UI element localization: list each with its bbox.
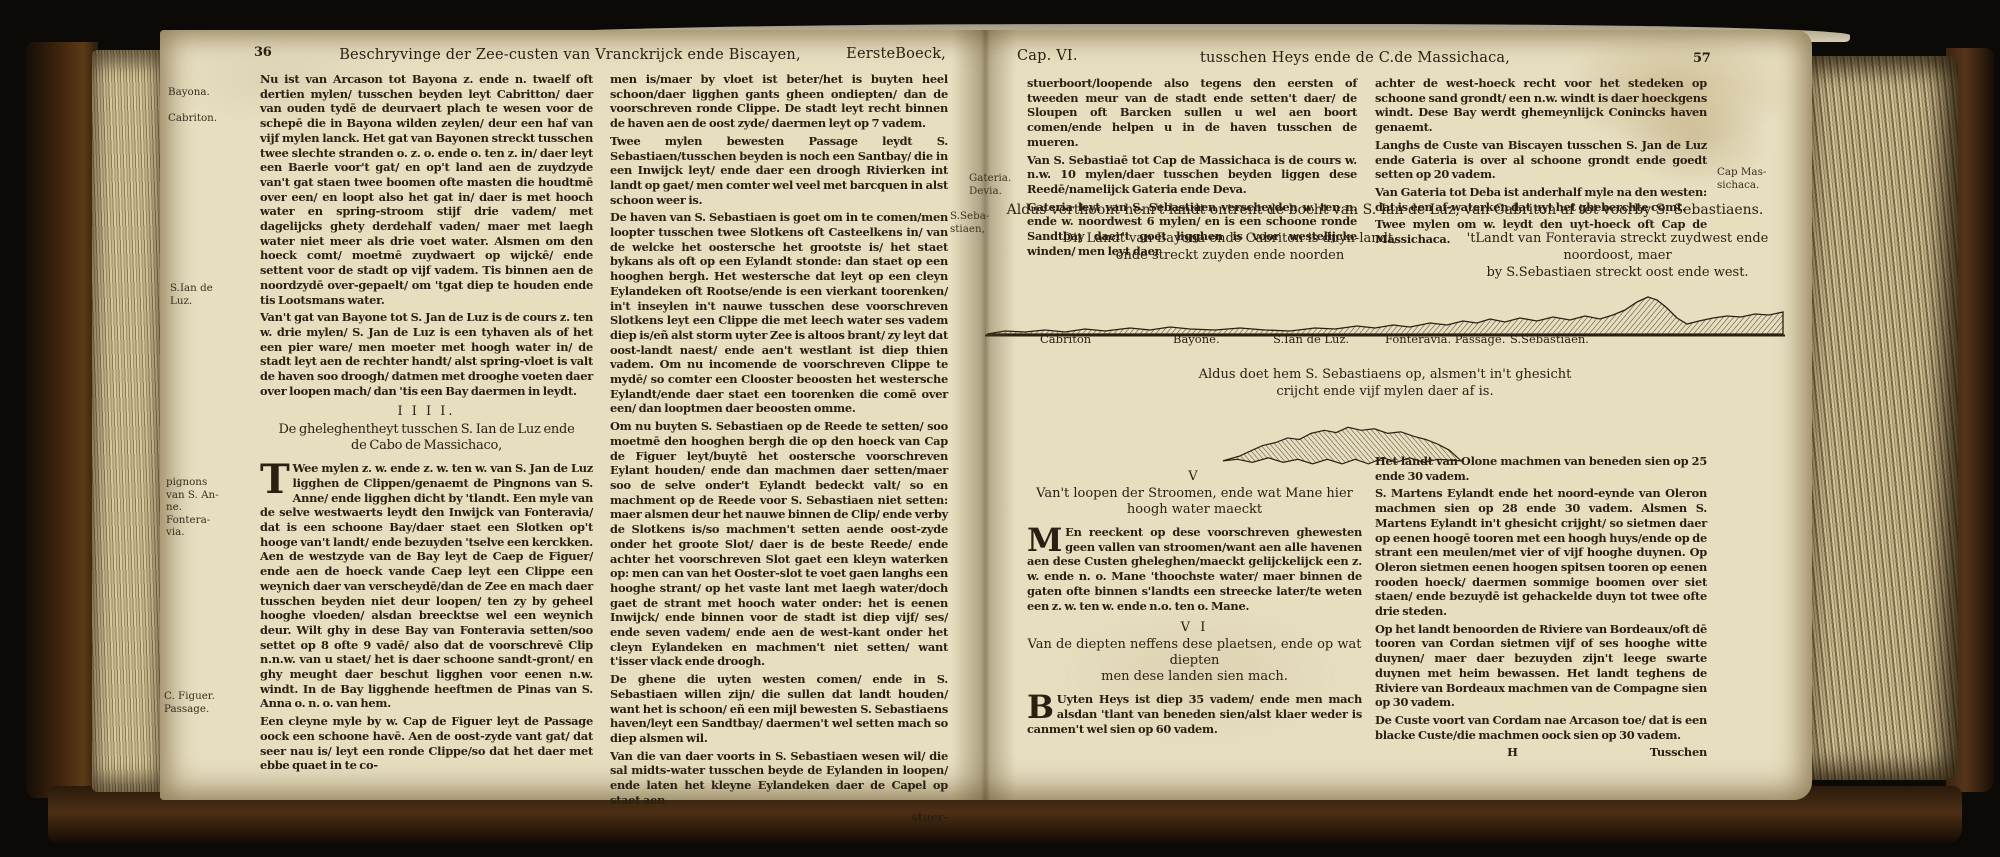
- left-page: 36 Beschryvinge der Zee-custen van Vranc…: [160, 30, 960, 800]
- running-header-right: tusschen Heys ende de C.de Massichaca,: [1075, 50, 1635, 66]
- section-number-v: V: [1027, 469, 1362, 484]
- book-cover-left: [26, 42, 98, 798]
- paragraph: Van die van daer voorts in S. Sebastiaen…: [610, 749, 948, 808]
- coastal-view-caption: Aldus verthoont hem't landt ontrent de b…: [985, 202, 1785, 218]
- paragraph: men is/maer by vloet ist beter/het is bu…: [610, 72, 948, 131]
- section-title-v: Van't loopen der Stroomen, ende wat Mane…: [1027, 486, 1362, 518]
- paragraph: Langhs de Custe van Biscayen tusschen S.…: [1375, 138, 1707, 182]
- right-page: Cap. VI. tusschen Heys ende de C.de Mass…: [965, 30, 1813, 800]
- profile-label-s-ian-de-luz: S.Ian de Luz.: [1273, 332, 1349, 346]
- island-view-caption: Aldus doet hem S. Sebastiaens op, alsmen…: [1125, 366, 1645, 400]
- subcaption-bayona: Dit Landt van Bayona ende Cabriton is du…: [1045, 230, 1415, 264]
- paragraph: Op het landt benoorden de Riviere van Bo…: [1375, 622, 1707, 710]
- chapter-number: Cap. VI.: [1017, 48, 1078, 64]
- paragraph: Van't gat van Bayone tot S. Jan de Luz i…: [260, 310, 593, 398]
- catchword-left-page: stuer-: [610, 810, 948, 825]
- page-edges-left: [92, 50, 162, 792]
- paragraph: Om nu buyten S. Sebastiaen op de Reede t…: [610, 419, 948, 669]
- page-number-right: 57: [1693, 52, 1711, 67]
- book-gutter-shadow: [952, 30, 1016, 800]
- paragraph: MEn reeckent op dese voorschreven ghewes…: [1027, 525, 1362, 613]
- dropcap-b: B: [1027, 692, 1057, 721]
- signature-mark: H: [1507, 745, 1518, 760]
- catchword-right-page: Tusschen: [1650, 745, 1707, 760]
- paragraph: achter de west-hoeck recht voor het sted…: [1375, 76, 1707, 135]
- paragraph: S. Martens Eylandt ende het noord-eynde …: [1375, 486, 1707, 618]
- section-number-vi: V I: [1027, 620, 1362, 635]
- paragraph: Nu ist van Arcason tot Bayona z. ende n.…: [260, 72, 593, 307]
- paragraph: Het landt van Olone machmen van beneden …: [1375, 454, 1707, 483]
- left-page-column-1: Nu ist van Arcason tot Bayona z. ende n.…: [260, 72, 593, 776]
- paragraph: De haven van S. Sebastiaen is goet om in…: [610, 210, 948, 416]
- coastal-profile-strip: Cabriton Bayone. S.Ian de Luz. Fonteravi…: [985, 288, 1785, 346]
- margin-note-cabriton: Cabriton.: [168, 112, 217, 125]
- section-number-iiii: I I I I.: [260, 405, 593, 420]
- coastline-silhouette: [987, 297, 1783, 334]
- section-title-iiii: De gheleghentheyt tusschen S. Ian de Luz…: [260, 422, 593, 454]
- margin-note-pignons: pignons van S. An- ne. Fontera- via.: [166, 476, 219, 539]
- running-header-left: Beschryvinge der Zee-custen van Vranckri…: [290, 47, 850, 63]
- paragraph: stuerboort/loopende also tegens den eers…: [1027, 76, 1357, 150]
- paragraph: Twee mylen bewesten Passage leydt S. Seb…: [610, 134, 948, 208]
- profile-label-cabriton: Cabriton: [1040, 332, 1091, 346]
- margin-note-c-figuer: C. Figuer. Passage.: [164, 690, 215, 715]
- dropcap-m: M: [1027, 525, 1065, 554]
- subcaption-fonteravia: 'tLandt van Fonteravia streckt zuydwest …: [1430, 230, 1805, 281]
- profile-label-fonteravia-passage: Fonteravia. Passage.: [1385, 332, 1505, 346]
- margin-note-cap-massichaca: Cap Mas- sichaca.: [1717, 166, 1766, 191]
- paragraph: Een cleyne myle by w. Cap de Figuer leyt…: [260, 714, 593, 773]
- right-page-column-1-bottom: V Van't loopen der Stroomen, ende wat Ma…: [1027, 462, 1362, 739]
- margin-note-s-ian-de-luz: S.Ian de Luz.: [170, 282, 213, 307]
- profile-label-bayone: Bayone.: [1173, 332, 1220, 346]
- right-page-column-2-top: achter de west-hoeck recht voor het sted…: [1375, 76, 1707, 250]
- profile-label-s-sebastiaen: S.Sebastiaen.: [1510, 332, 1589, 346]
- paragraph: TWee mylen z. w. ende z. w. ten w. van S…: [260, 461, 593, 711]
- page-number-left: 36: [254, 46, 272, 61]
- paragraph: De Custe voort van Cordam nae Arcason to…: [1375, 713, 1707, 742]
- paragraph: De ghene die uyten westen comen/ ende in…: [610, 672, 948, 746]
- margin-note-bayona: Bayona.: [168, 86, 210, 99]
- left-page-column-2: men is/maer by vloet ist beter/het is bu…: [610, 72, 948, 825]
- right-page-column-2-bottom: Het landt van Olone machmen van beneden …: [1375, 454, 1707, 760]
- running-header-book: EersteBoeck,: [846, 46, 946, 62]
- dropcap-t: T: [260, 461, 293, 497]
- paragraph: Van S. Sebastiaē tot Cap de Massichaca i…: [1027, 153, 1357, 197]
- paragraph: BUyten Heys ist diep 35 vadem/ ende men …: [1027, 692, 1362, 736]
- section-title-vi: Van de diepten neffens dese plaetsen, en…: [1027, 637, 1362, 685]
- page-edges-right: [1808, 56, 1958, 780]
